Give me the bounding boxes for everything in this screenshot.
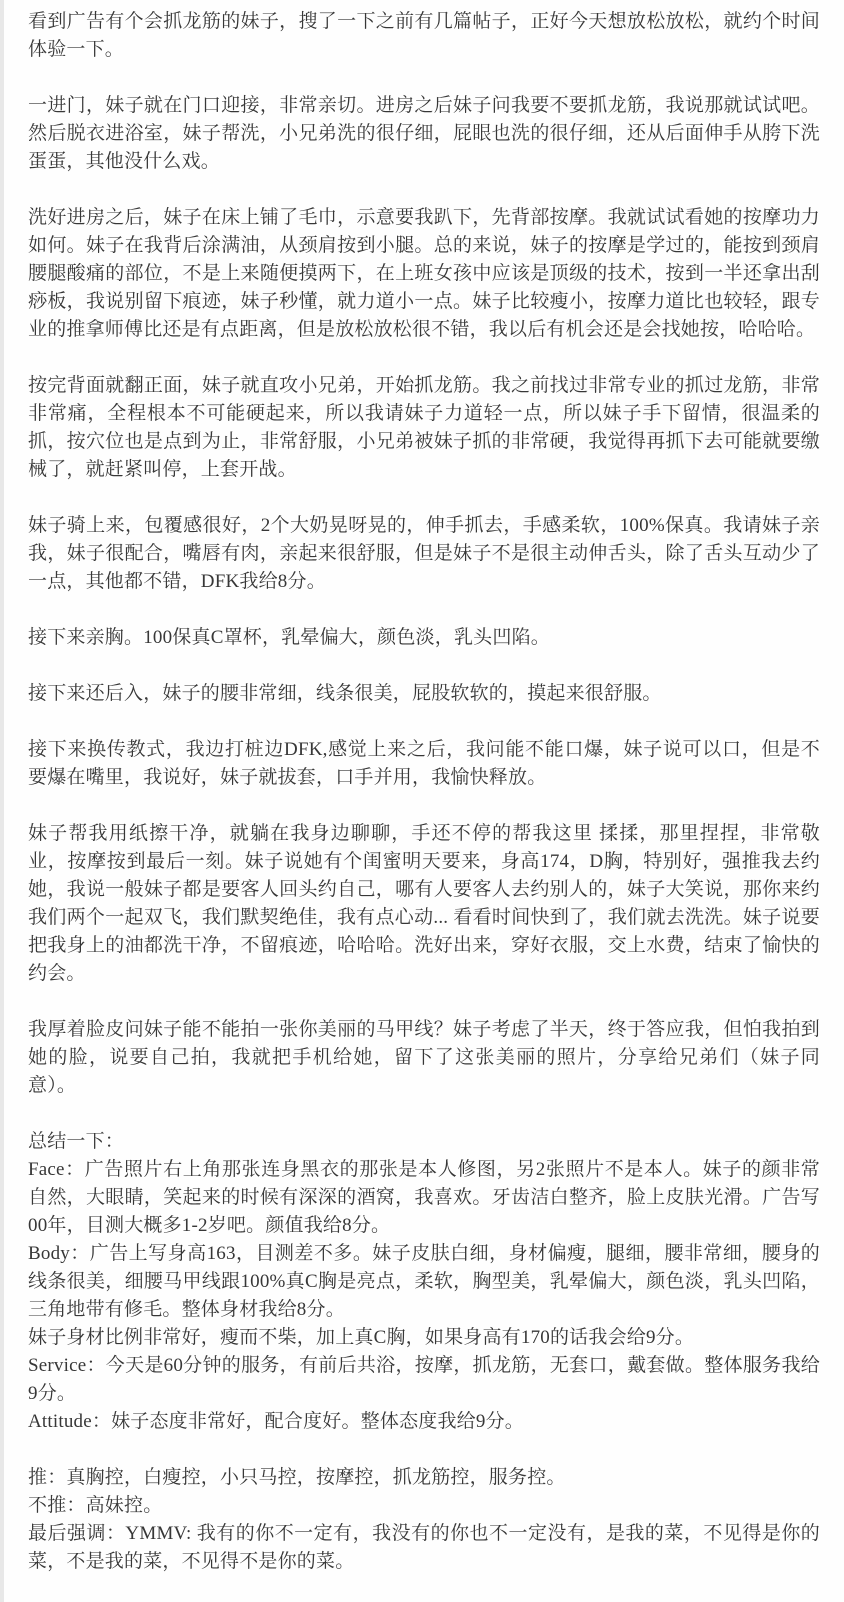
post-paragraph-front: 按完背面就翻正面，妹子就直攻小兄弟，开始抓龙筋。我之前找过非常专业的抓过龙筋，非… xyxy=(28,372,820,484)
post-paragraph-chat: 妹子帮我用纸擦干净，就躺在我身边聊聊，手还不停的帮我这里 揉揉，那里捏捏，非常敬… xyxy=(28,820,820,988)
summary-service-line: Service：今天是60分钟的服务，有前后共浴，按摩，抓龙筋，无套口，戴套做。… xyxy=(28,1352,820,1408)
post-paragraph-finish: 接下来换传教式，我边打桩边DFK,感觉上来之后，我问能不能口爆，妹子说可以口，但… xyxy=(28,736,820,792)
left-edge-strip xyxy=(0,0,4,1602)
verdict-recommend-line: 推：真胸控，白瘦控，小只马控，按摩控，抓龙筋控，服务控。 xyxy=(28,1464,820,1492)
post-summary: 总结一下： Face：广告照片右上角那张连身黑衣的那张是本人修图，另2张照片不是… xyxy=(28,1128,820,1436)
post-paragraph-ride: 妹子骑上来，包覆感很好，2个大奶晃呀晃的，伸手抓去，手感柔软，100%保真。我请… xyxy=(28,512,820,596)
summary-proportion-line: 妹子身材比例非常好，瘦而不柴，加上真C胸，如果身高有170的话我会给9分。 xyxy=(28,1324,820,1352)
post-paragraph-intro: 看到广告有个会抓龙筋的妹子，搜了一下之前有几篇帖子，正好今天想放松放松，就约个时… xyxy=(28,8,820,64)
post-paragraph-chest: 接下来亲胸。100保真C罩杯，乳晕偏大，颜色淡，乳头凹陷。 xyxy=(28,624,820,652)
verdict-not-recommend-line: 不推：高妹控。 xyxy=(28,1492,820,1520)
verdict-final-note-line: 最后强调：YMMV: 我有的你不一定有，我没有的你也不一定没有，是我的菜，不见得… xyxy=(28,1520,820,1576)
post-verdict: 推：真胸控，白瘦控，小只马控，按摩控，抓龙筋控，服务控。 不推：高妹控。 最后强… xyxy=(28,1464,820,1576)
summary-heading: 总结一下： xyxy=(28,1128,820,1156)
summary-face-line: Face：广告照片右上角那张连身黑衣的那张是本人修图，另2张照片不是本人。妹子的… xyxy=(28,1156,820,1240)
post-paragraph-arrival: 一进门，妹子就在门口迎接，非常亲切。进房之后妹子问我要不要抓龙筋，我说那就试试吧… xyxy=(28,92,820,176)
post-page: 看到广告有个会抓龙筋的妹子，搜了一下之前有几篇帖子，正好今天想放松放松，就约个时… xyxy=(0,0,844,1602)
post-body: 看到广告有个会抓龙筋的妹子，搜了一下之前有几篇帖子，正好今天想放松放松，就约个时… xyxy=(0,0,844,1602)
post-paragraph-behind: 接下来还后入，妹子的腰非常细，线条很美，屁股软软的，摸起来很舒服。 xyxy=(28,680,820,708)
summary-body-line: Body：广告上写身高163，目测差不多。妹子皮肤白细，身材偏瘦，腿细，腰非常细… xyxy=(28,1240,820,1324)
post-paragraph-photo: 我厚着脸皮问妹子能不能拍一张你美丽的马甲线？妹子考虑了半天，终于答应我，但怕我拍… xyxy=(28,1016,820,1100)
post-paragraph-massage: 洗好进房之后，妹子在床上铺了毛巾，示意要我趴下，先背部按摩。我就试试看她的按摩功… xyxy=(28,204,820,344)
summary-attitude-line: Attitude：妹子态度非常好，配合度好。整体态度我给9分。 xyxy=(28,1408,820,1436)
